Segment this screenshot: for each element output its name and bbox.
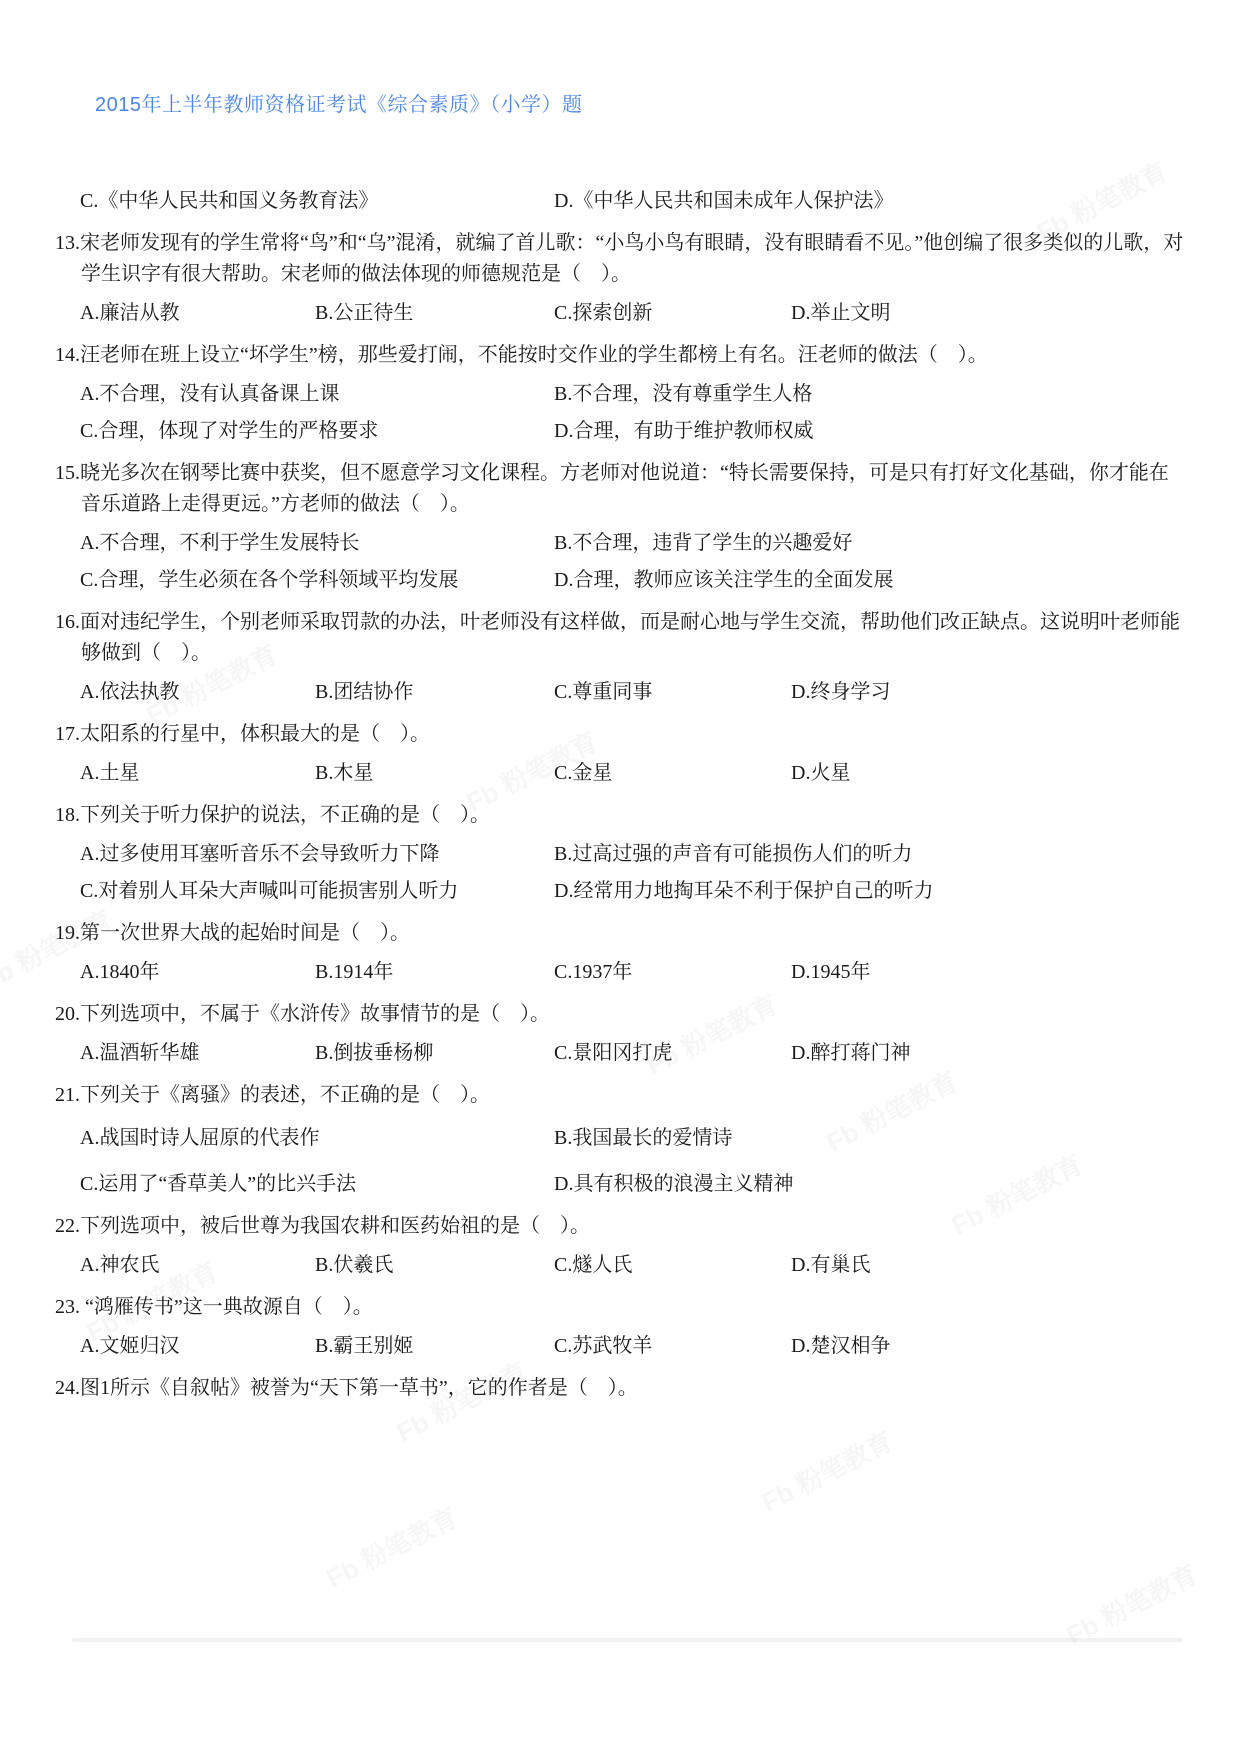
option: A.战国时诗人屈原的代表作 [80,1123,554,1154]
option: A.土星 [80,758,315,789]
option: A.温酒斩华雄 [80,1038,315,1069]
option: C.探索创新 [554,298,791,329]
option-row: A.过多使用耳塞听音乐不会导致听力下降B.过高过强的声音有可能损伤人们的听力C.… [55,839,1185,907]
option: C.苏武牧羊 [554,1331,791,1362]
question-stem: 14.汪老师在班上设立“坏学生”榜，那些爱打闹，不能按时交作业的学生都榜上有名。… [55,340,1185,371]
option-row: A.温酒斩华雄B.倒拔垂杨柳C.景阳冈打虎D.醉打蒋门神 [55,1038,1185,1069]
option-row: A.廉洁从教B.公正待生C.探索创新D.举止文明 [55,298,1185,329]
option: B.倒拔垂杨柳 [315,1038,554,1069]
option-row: A.神农氏B.伏羲氏C.燧人氏D.有巢氏 [55,1250,1185,1281]
option: D.1945年 [791,957,1185,988]
option: D.有巢氏 [791,1250,1185,1281]
option-row: A.1840年B.1914年C.1937年D.1945年 [55,957,1185,988]
question-stem: 13.宋老师发现有的学生常将“鸟”和“乌”混淆，就编了首儿歌：“小鸟小鸟有眼睛，… [55,228,1185,290]
question-stem: 21.下列关于《离骚》的表述，不正确的是（ ）。 [55,1080,1185,1111]
option: A.神农氏 [80,1250,315,1281]
question-stem: 22.下列选项中，被后世尊为我国农耕和医药始祖的是（ ）。 [55,1211,1185,1242]
option: C.合理，学生必须在各个学科领域平均发展 [80,565,554,596]
option: C.景阳冈打虎 [554,1038,791,1069]
option: B.公正待生 [315,298,554,329]
question-stem: 16.面对违纪学生，个别老师采取罚款的办法，叶老师没有这样做，而是耐心地与学生交… [55,607,1185,669]
question-stem: 20.下列选项中，不属于《水浒传》故事情节的是（ ）。 [55,999,1185,1030]
option: D.《中华人民共和国未成年人保护法》 [554,186,1185,217]
footer-divider [72,1638,1183,1642]
option: A.过多使用耳塞听音乐不会导致听力下降 [80,839,554,870]
question-stem: 19.第一次世界大战的起始时间是（ ）。 [55,918,1185,949]
option: B.霸王别姬 [315,1331,554,1362]
option-row: A.依法执教B.团结协作C.尊重同事D.终身学习 [55,677,1185,708]
option: D.合理，有助于维护教师权威 [554,416,1185,447]
option: B.木星 [315,758,554,789]
option: A.文姬归汉 [80,1331,315,1362]
option: A.不合理，不利于学生发展特长 [80,528,554,559]
option: C.燧人氏 [554,1250,791,1281]
option: A.廉洁从教 [80,298,315,329]
option: C.尊重同事 [554,677,791,708]
page-title: 2015年上半年教师资格证考试《综合素质》（小学）题 [95,88,583,117]
option: B.过高过强的声音有可能损伤人们的听力 [554,839,1185,870]
watermark: Fb 粉笔教育 [319,1498,463,1596]
option: D.楚汉相争 [791,1331,1185,1362]
question-stem: 24.图1所示《自叙帖》被誉为“天下第一草书”，它的作者是（ ）。 [55,1373,1185,1404]
option: B.不合理，违背了学生的兴趣爱好 [554,528,1185,559]
option: B.不合理，没有尊重学生人格 [554,379,1185,410]
question-stem: 23. “鸿雁传书”这一典故源自（ ）。 [55,1292,1185,1323]
option: D.具有积极的浪漫主义精神 [554,1169,1185,1200]
option: D.醉打蒋门神 [791,1038,1185,1069]
option-row: A.战国时诗人屈原的代表作B.我国最长的爱情诗C.运用了“香草美人”的比兴手法D… [55,1123,1185,1200]
option: C.《中华人民共和国义务教育法》 [80,186,554,217]
option-row: A.土星B.木星C.金星D.火星 [55,758,1185,789]
option: B.我国最长的爱情诗 [554,1123,1185,1154]
option: C.金星 [554,758,791,789]
option-row: A.文姬归汉B.霸王别姬C.苏武牧羊D.楚汉相争 [55,1331,1185,1362]
question-stem: 17.太阳系的行星中，体积最大的是（ ）。 [55,719,1185,750]
option: D.火星 [791,758,1185,789]
option: C.运用了“香草美人”的比兴手法 [80,1169,554,1200]
option: B.伏羲氏 [315,1250,554,1281]
option: A.依法执教 [80,677,315,708]
option: D.合理，教师应该关注学生的全面发展 [554,565,1185,596]
option-row: C.《中华人民共和国义务教育法》D.《中华人民共和国未成年人保护法》 [55,186,1185,217]
option: C.合理，体现了对学生的严格要求 [80,416,554,447]
option: C.对着别人耳朵大声喊叫可能损害别人听力 [80,876,554,907]
question-list: C.《中华人民共和国义务教育法》D.《中华人民共和国未成年人保护法》13.宋老师… [55,178,1185,1404]
watermark: Fb 粉笔教育 [754,1422,898,1520]
option-row: A.不合理，不利于学生发展特长B.不合理，违背了学生的兴趣爱好C.合理，学生必须… [55,528,1185,596]
question-stem: 15.晓光多次在钢琴比赛中获奖，但不愿意学习文化课程。方老师对他说道：“特长需要… [55,458,1185,520]
option: D.终身学习 [791,677,1185,708]
question-stem: 18.下列关于听力保护的说法，不正确的是（ ）。 [55,800,1185,831]
option: D.经常用力地掏耳朵不利于保护自己的听力 [554,876,1185,907]
option: C.1937年 [554,957,791,988]
document-page: 2015年上半年教师资格证考试《综合素质》（小学）题 C.《中华人民共和国义务教… [0,0,1240,1754]
option: A.不合理，没有认真备课上课 [80,379,554,410]
option: B.团结协作 [315,677,554,708]
option-row: A.不合理，没有认真备课上课B.不合理，没有尊重学生人格C.合理，体现了对学生的… [55,379,1185,447]
option: D.举止文明 [791,298,1185,329]
option: A.1840年 [80,957,315,988]
option: B.1914年 [315,957,554,988]
